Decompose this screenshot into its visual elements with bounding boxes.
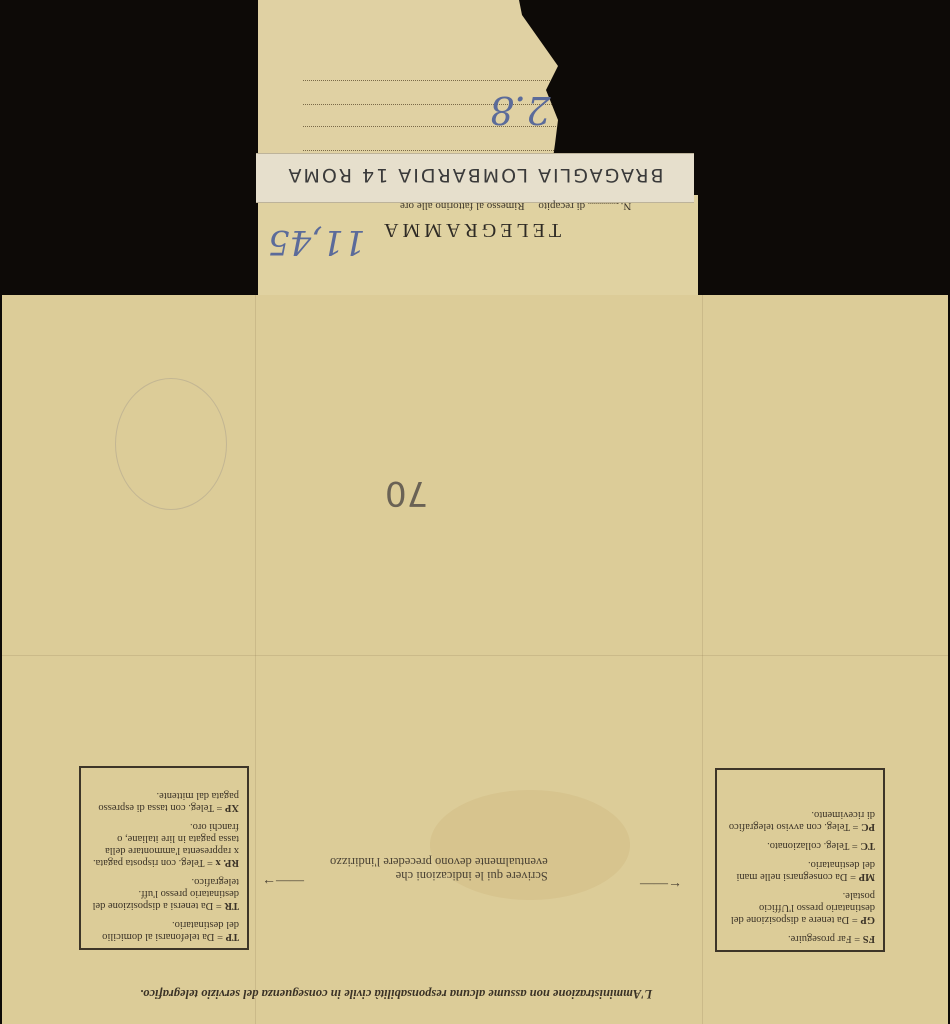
delivery-line: N. di recapito Rimesso al fattorino alle…	[400, 200, 631, 212]
code-row: XP = Teleg. con tassa di espresso pagata…	[89, 789, 239, 813]
code-row: GP = Da tenere a disposizione del destin…	[725, 889, 875, 925]
code-row: MP = Da consegnarsi nelle mani del desti…	[725, 858, 875, 882]
code-row: TR = Da tenersi a disposizione del desti…	[89, 875, 239, 911]
handwritten-top-number: 2.8	[490, 88, 550, 132]
address-instruction: Scrivere qui le indicazioni che eventual…	[330, 855, 548, 883]
right-codes-box: FS = Far proseguire. GP = Da tenere a di…	[715, 768, 885, 952]
left-codes-box: TP = Da telefonarsi al domicilio del des…	[79, 766, 249, 950]
liability-footer: L'Amministrazione non assume alcuna resp…	[140, 986, 652, 1001]
instruction-line-2: eventualmente devono precedere l'indiriz…	[330, 855, 548, 869]
recapito-label: di recapito	[538, 200, 585, 212]
fold-crease	[702, 295, 703, 1024]
document-title: TELEGRAMMA	[380, 218, 561, 241]
pencil-center-number: 70	[385, 473, 428, 513]
address-strip-text: BRAGAGLIA LOMBARDIA 14 ROMA	[256, 164, 694, 186]
paper-stain	[430, 790, 630, 900]
arrow-left-icon: ←——	[262, 873, 304, 889]
code-row: FS = Far proseguire.	[725, 932, 875, 944]
handwritten-side-number: 11,45	[268, 222, 365, 262]
code-row: TC = Teleg. collazionato.	[725, 839, 875, 851]
fold-crease	[255, 295, 256, 1024]
arrow-right-icon: ——→	[640, 876, 682, 892]
code-row: RP. x = Teleg. con risposta pagata. x ra…	[89, 820, 239, 868]
number-label: N.	[621, 200, 632, 212]
remesso-label: Rimesso al fattorino alle ore	[400, 200, 525, 212]
dotted-line	[303, 80, 558, 81]
faded-postmark	[115, 378, 227, 510]
instruction-line-1: Scrivere qui le indicazioni che	[330, 869, 548, 883]
code-row: TP = Da telefonarsi al domicilio del des…	[89, 918, 239, 942]
code-row: PC = Teleg. con avviso telegrafico di ri…	[725, 808, 875, 832]
address-strip: BRAGAGLIA LOMBARDIA 14 ROMA	[256, 153, 694, 203]
fold-crease	[2, 655, 948, 656]
dotted-line	[303, 150, 558, 151]
